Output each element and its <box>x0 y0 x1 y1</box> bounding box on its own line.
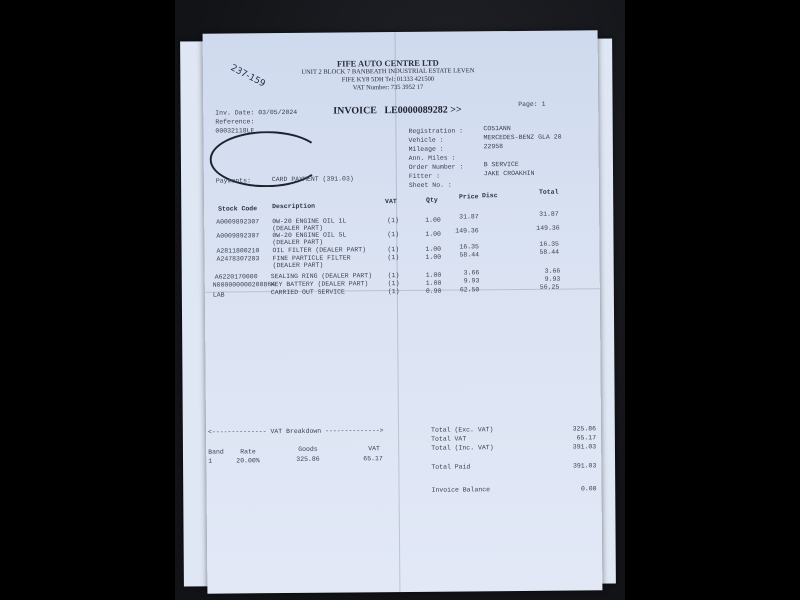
col-disc: Disc <box>482 192 498 199</box>
vehicle-value: MERCEDES-BENZ GLA 20 <box>483 133 561 143</box>
invoice-number: LE0000089282 >> <box>384 104 461 116</box>
col-stock-code: Stock Code <box>218 205 257 212</box>
reference-value: 00032118LE <box>215 127 254 134</box>
invoice-date-label: Inv. Date: <box>215 109 254 116</box>
qty: 1.00 <box>425 254 441 261</box>
sheet-no-label: Sheet No. : <box>409 180 464 189</box>
company-vat-number: VAT Number: 735 3952 17 <box>263 83 513 93</box>
order-number-label: Order Number : <box>409 162 464 171</box>
rate-value: 20.00% <box>236 457 259 464</box>
price: 3.66 <box>464 269 480 276</box>
vat-code: (1) <box>387 246 399 253</box>
col-qty: Qty <box>426 197 438 204</box>
description: 0W-20 ENGINE OIL 5L (DEALER PART) <box>272 231 377 246</box>
handwritten-note: 237-159 <box>229 63 267 89</box>
description: KEY BATTERY (DEALER PART) <box>271 280 369 288</box>
vat-breakdown-title: <-------------- VAT Breakdown ----------… <box>208 427 384 436</box>
stock-code: A0009892307 <box>216 218 259 225</box>
total-paid-value: 391.03 <box>573 460 597 471</box>
description: 0W-20 ENGINE OIL 1L (DEALER PART) <box>272 217 377 232</box>
rate-header: Rate <box>240 448 256 455</box>
invoice-title: INVOICE LE0000089282 >> <box>333 104 462 116</box>
description: FINE PARTICLE FILTER (DEALER PART) <box>272 254 377 269</box>
stock-code: A2811800210 <box>216 247 259 254</box>
price: 62.50 <box>460 286 480 293</box>
vat-value: 65.17 <box>363 455 383 462</box>
price: 149.36 <box>455 227 478 234</box>
vehicle-labels: Registration : Vehicle : Mileage : Ann. … <box>408 126 463 189</box>
price: 16.35 <box>459 243 479 250</box>
qty: 1.00 <box>426 272 442 279</box>
vat-breakdown: <-------------- VAT Breakdown ----------… <box>208 427 398 429</box>
stock-code: A0009892307 <box>216 232 259 239</box>
ann-miles-label: Ann. Miles : <box>409 153 464 162</box>
mileage-label: Mileage : <box>409 144 464 153</box>
vat-code: (1) <box>387 231 399 238</box>
invoice-label: INVOICE <box>333 105 377 116</box>
invoice-date: Inv. Date: 03/05/2024 <box>215 109 297 117</box>
qty: 1.00 <box>425 231 441 238</box>
total: 56.25 <box>540 284 560 291</box>
payments-label: Payments: <box>216 177 251 184</box>
vat-header: VAT <box>368 445 380 452</box>
invoice-document: 237-159 FIFE AUTO CENTRE LTD UNIT 2 BLOC… <box>203 30 603 593</box>
company-header: FIFE AUTO CENTRE LTD UNIT 2 BLOCK 7 BANB… <box>263 57 513 93</box>
qty: 1.00 <box>425 217 441 224</box>
price: 31.87 <box>459 213 479 220</box>
col-description: Description <box>272 203 315 210</box>
vat-code: (1) <box>388 280 400 287</box>
payments-value: CARD PAYMENT (391.03) <box>272 175 354 183</box>
description: OIL FILTER (DEALER PART) <box>272 246 366 254</box>
stock-code: N000000000200864 <box>213 281 275 289</box>
description: CARRIED OUT SERVICE <box>271 289 345 297</box>
vat-code: (1) <box>387 217 399 224</box>
background-left <box>0 0 180 600</box>
registration-label: Registration : <box>408 126 463 135</box>
fitter-value: JAKE CROAKHIN <box>484 169 562 179</box>
qty: 1.00 <box>426 280 442 287</box>
total: 58.44 <box>539 249 559 256</box>
fitter-label: Fitter : <box>409 171 464 180</box>
stock-code: A2478307203 <box>217 255 260 262</box>
vehicle-values: CO51ANN MERCEDES-BENZ GLA 20 22958 B SER… <box>483 124 561 179</box>
invoice-totals: Total (Exc. VAT)325.86 Total VAT65.17 To… <box>431 423 597 493</box>
goods-value: 325.86 <box>296 456 319 463</box>
stock-code: A6220170000 <box>215 273 258 280</box>
col-price: Price <box>459 193 479 200</box>
page-number: Page: 1 <box>518 101 545 108</box>
description: SEALING RING (DEALER PART) <box>271 272 372 280</box>
col-vat: VAT <box>385 198 397 205</box>
price: 58.44 <box>459 251 479 258</box>
band-value: 1 <box>208 458 212 465</box>
total: 3.66 <box>545 268 561 275</box>
qty: 1.00 <box>425 246 441 253</box>
vat-code: (1) <box>387 254 399 261</box>
total: 16.35 <box>539 241 559 248</box>
vat-code: (1) <box>388 272 400 279</box>
qty: 0.90 <box>426 288 442 295</box>
goods-header: Goods <box>298 446 318 453</box>
vehicle-label: Vehicle : <box>408 135 463 144</box>
total: 9.93 <box>545 276 561 283</box>
band-header: Band <box>208 449 224 456</box>
total-inc-vat-value: 391.03 <box>573 441 597 452</box>
invoice-balance-label: Invoice Balance <box>432 486 491 494</box>
total-inc-vat-label: Total (Inc. VAT) <box>431 444 493 452</box>
total: 31.87 <box>539 211 559 218</box>
total-paid-label: Total Paid <box>431 463 470 470</box>
vat-code: (1) <box>388 288 400 295</box>
stock-code: LAB <box>213 292 225 299</box>
price: 9.93 <box>464 277 480 284</box>
total: 149.36 <box>536 225 559 232</box>
invoice-date-value: 03/05/2024 <box>258 109 297 116</box>
col-total: Total <box>539 189 559 196</box>
background-right <box>620 0 800 600</box>
reference-label: Reference: <box>215 118 254 125</box>
invoice-balance-value: 0.00 <box>581 483 597 494</box>
